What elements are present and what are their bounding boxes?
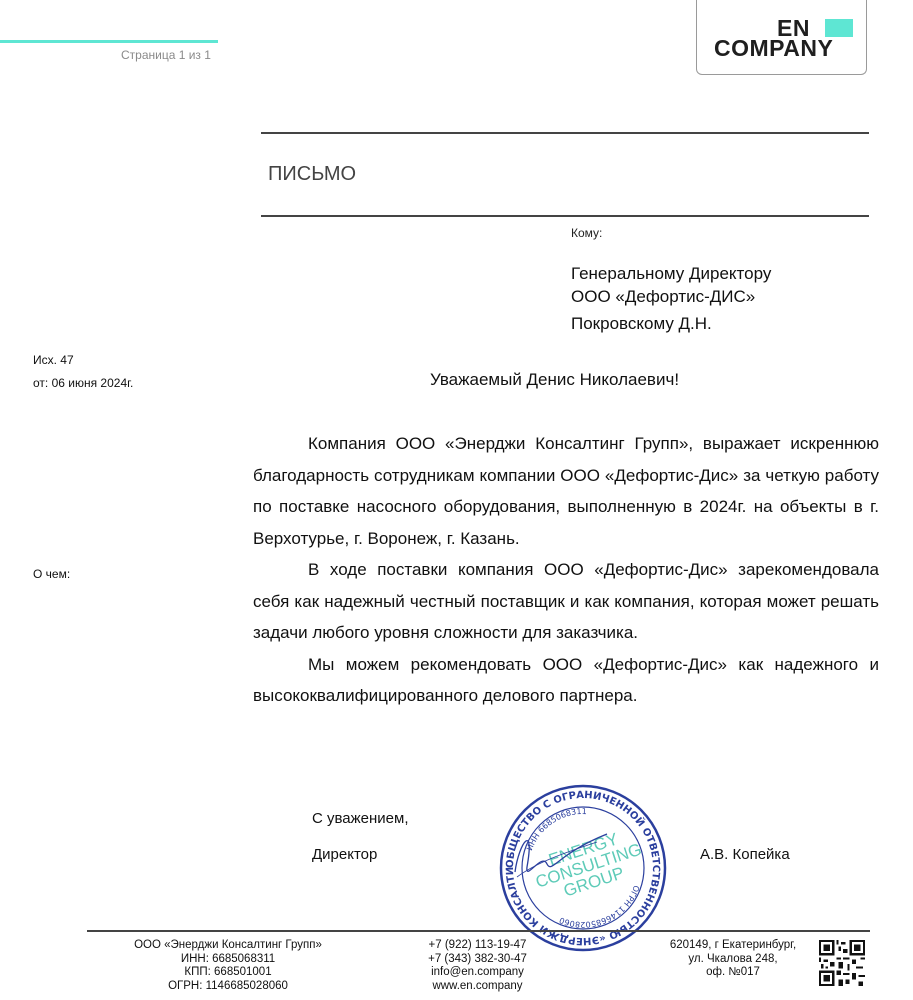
to-label: Кому: xyxy=(571,226,602,240)
outgoing-ref: Исх. 47 xyxy=(33,353,74,367)
footer-line: оф. №017 xyxy=(663,966,803,980)
closing: С уважением, xyxy=(312,810,409,827)
subject-label: О чем: xyxy=(33,567,70,581)
footer-line: 620149, г Екатеринбург, xyxy=(663,939,803,953)
footer-address: 620149, г Екатеринбург, ул. Чкалова 248,… xyxy=(663,939,803,980)
body-paragraph: В ходе поставки компания ООО «Дефортис-Д… xyxy=(253,554,879,649)
footer-divider xyxy=(87,930,870,932)
footer-company-details: ООО «Энерджи Консалтинг Групп» ИНН: 6685… xyxy=(108,939,348,993)
email-link[interactable]: info@en.company xyxy=(410,966,545,980)
footer-line: ООО «Энерджи Консалтинг Групп» xyxy=(108,939,348,953)
page-counter: Страница 1 из 1 xyxy=(121,48,211,62)
greeting: Уважаемый Денис Николаевич! xyxy=(430,370,679,390)
document-title: ПИСЬМО xyxy=(268,163,356,186)
footer-contacts: +7 (922) 113-19-47 +7 (343) 382-30-47 in… xyxy=(410,939,545,993)
letter-body: Компания ООО «Энерджи Консалтинг Групп»,… xyxy=(253,428,879,712)
recipient-line: Генеральному Директору xyxy=(571,262,771,285)
document-date: от: 06 июня 2024г. xyxy=(33,376,133,390)
signer-position: Директор xyxy=(312,846,377,863)
qr-code-icon[interactable] xyxy=(819,940,865,986)
footer-line: ул. Чкалова 248, xyxy=(663,953,803,967)
signer-name: А.В. Копейка xyxy=(700,846,790,863)
body-paragraph: Мы можем рекомендовать ООО «Дефортис-Дис… xyxy=(253,649,879,712)
company-stamp-icon: ОБЩЕСТВО С ОГРАНИЧЕННОЙ ОТВЕТСТВЕННОСТЬЮ… xyxy=(497,782,669,954)
footer-line: КПП: 668501001 xyxy=(108,966,348,980)
divider-bottom xyxy=(261,215,869,217)
recipient-block: Генеральному Директору ООО «Дефортис-ДИС… xyxy=(571,262,771,335)
website-link[interactable]: www.en.company xyxy=(410,980,545,994)
recipient-line: Покровскому Д.Н. xyxy=(571,312,771,335)
divider-top xyxy=(261,132,869,134)
footer-line: ОГРН: 1146685028060 xyxy=(108,980,348,994)
body-paragraph: Компания ООО «Энерджи Консалтинг Групп»,… xyxy=(253,428,879,554)
company-logo: EN COMPANY xyxy=(696,0,867,75)
logo-text-company: COMPANY xyxy=(714,35,833,62)
footer-line: ИНН: 6685068311 xyxy=(108,953,348,967)
accent-line xyxy=(0,40,218,43)
phone-link[interactable]: +7 (922) 113-19-47 xyxy=(410,939,545,953)
phone-link[interactable]: +7 (343) 382-30-47 xyxy=(410,953,545,967)
recipient-line: ООО «Дефортис-ДИС» xyxy=(571,285,771,308)
